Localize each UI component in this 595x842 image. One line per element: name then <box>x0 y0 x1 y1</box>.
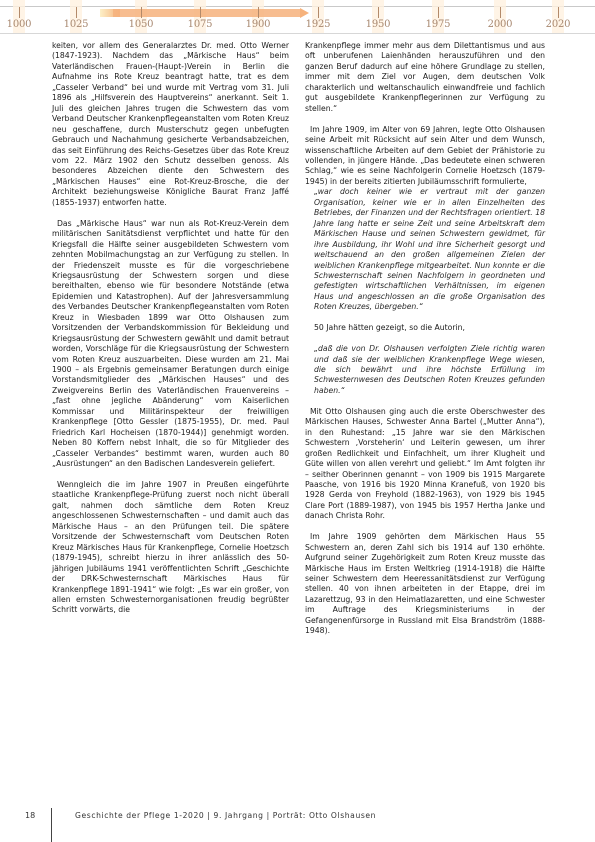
timeline-year-label: 1925 <box>298 19 338 30</box>
paragraph: Mit Otto Olshausen ging auch die erste O… <box>305 407 545 522</box>
timeline-year-label: 1050 <box>121 19 161 30</box>
right-column: Krankenpflege immer mehr aus dem Diletta… <box>305 41 545 637</box>
block-quote: „war doch keiner wie er vertraut mit der… <box>305 187 545 312</box>
timeline-tick <box>438 7 439 18</box>
timeline-year-label: 1000 <box>0 19 39 30</box>
timeline-year-label: 1025 <box>56 19 96 30</box>
timeline-tick <box>378 7 379 18</box>
timeline-tick <box>141 7 142 18</box>
timeline-year-label: 1075 <box>180 19 220 30</box>
paragraph: Im Jahre 1909, im Alter von 69 Jahren, l… <box>305 125 545 188</box>
timeline-tick <box>500 7 501 18</box>
paragraph: keiten, vor allem des Generalarztes Dr. … <box>52 41 289 208</box>
timeline-tick <box>76 7 77 18</box>
timeline-tick <box>200 7 201 18</box>
running-title: Geschichte der Pflege 1-2020 | 9. Jahrga… <box>75 811 376 820</box>
timeline-tick <box>318 7 319 18</box>
left-column: keiten, vor allem des Generalarztes Dr. … <box>52 41 289 616</box>
footer-divider <box>51 808 52 842</box>
timeline-year-label: 1900 <box>238 19 278 30</box>
timeline-tick <box>258 7 259 18</box>
timeline-bottom-rule <box>0 33 595 34</box>
paragraph: Wenngleich die im Jahre 1907 in Preußen … <box>52 480 289 616</box>
timeline-arrow-icon <box>300 8 309 18</box>
timeline-header: 1000102510501075190019251950197520002020 <box>0 0 595 36</box>
page-footer: 18 Geschichte der Pflege 1-2020 | 9. Jah… <box>0 800 595 842</box>
block-quote: „daß die von Dr. Olshausen verfolgten Zi… <box>305 344 545 396</box>
timeline-year-label: 2020 <box>538 19 578 30</box>
paragraph: Im Jahre 1909 gehörten dem Märkischen Ha… <box>305 532 545 637</box>
timeline-tick <box>19 7 20 18</box>
timeline-year-label: 1950 <box>358 19 398 30</box>
page-number: 18 <box>25 811 35 820</box>
timeline-tick <box>558 7 559 18</box>
timeline-year-label: 1975 <box>418 19 458 30</box>
paragraph: Krankenpflege immer mehr aus dem Diletta… <box>305 41 545 114</box>
quote-bridge-text: 50 Jahre hätten gezeigt, so die Autorin, <box>305 323 545 333</box>
timeline-year-label: 2000 <box>480 19 520 30</box>
paragraph: Das „Märkische Haus“ war nun als Rot-Kre… <box>52 219 289 470</box>
